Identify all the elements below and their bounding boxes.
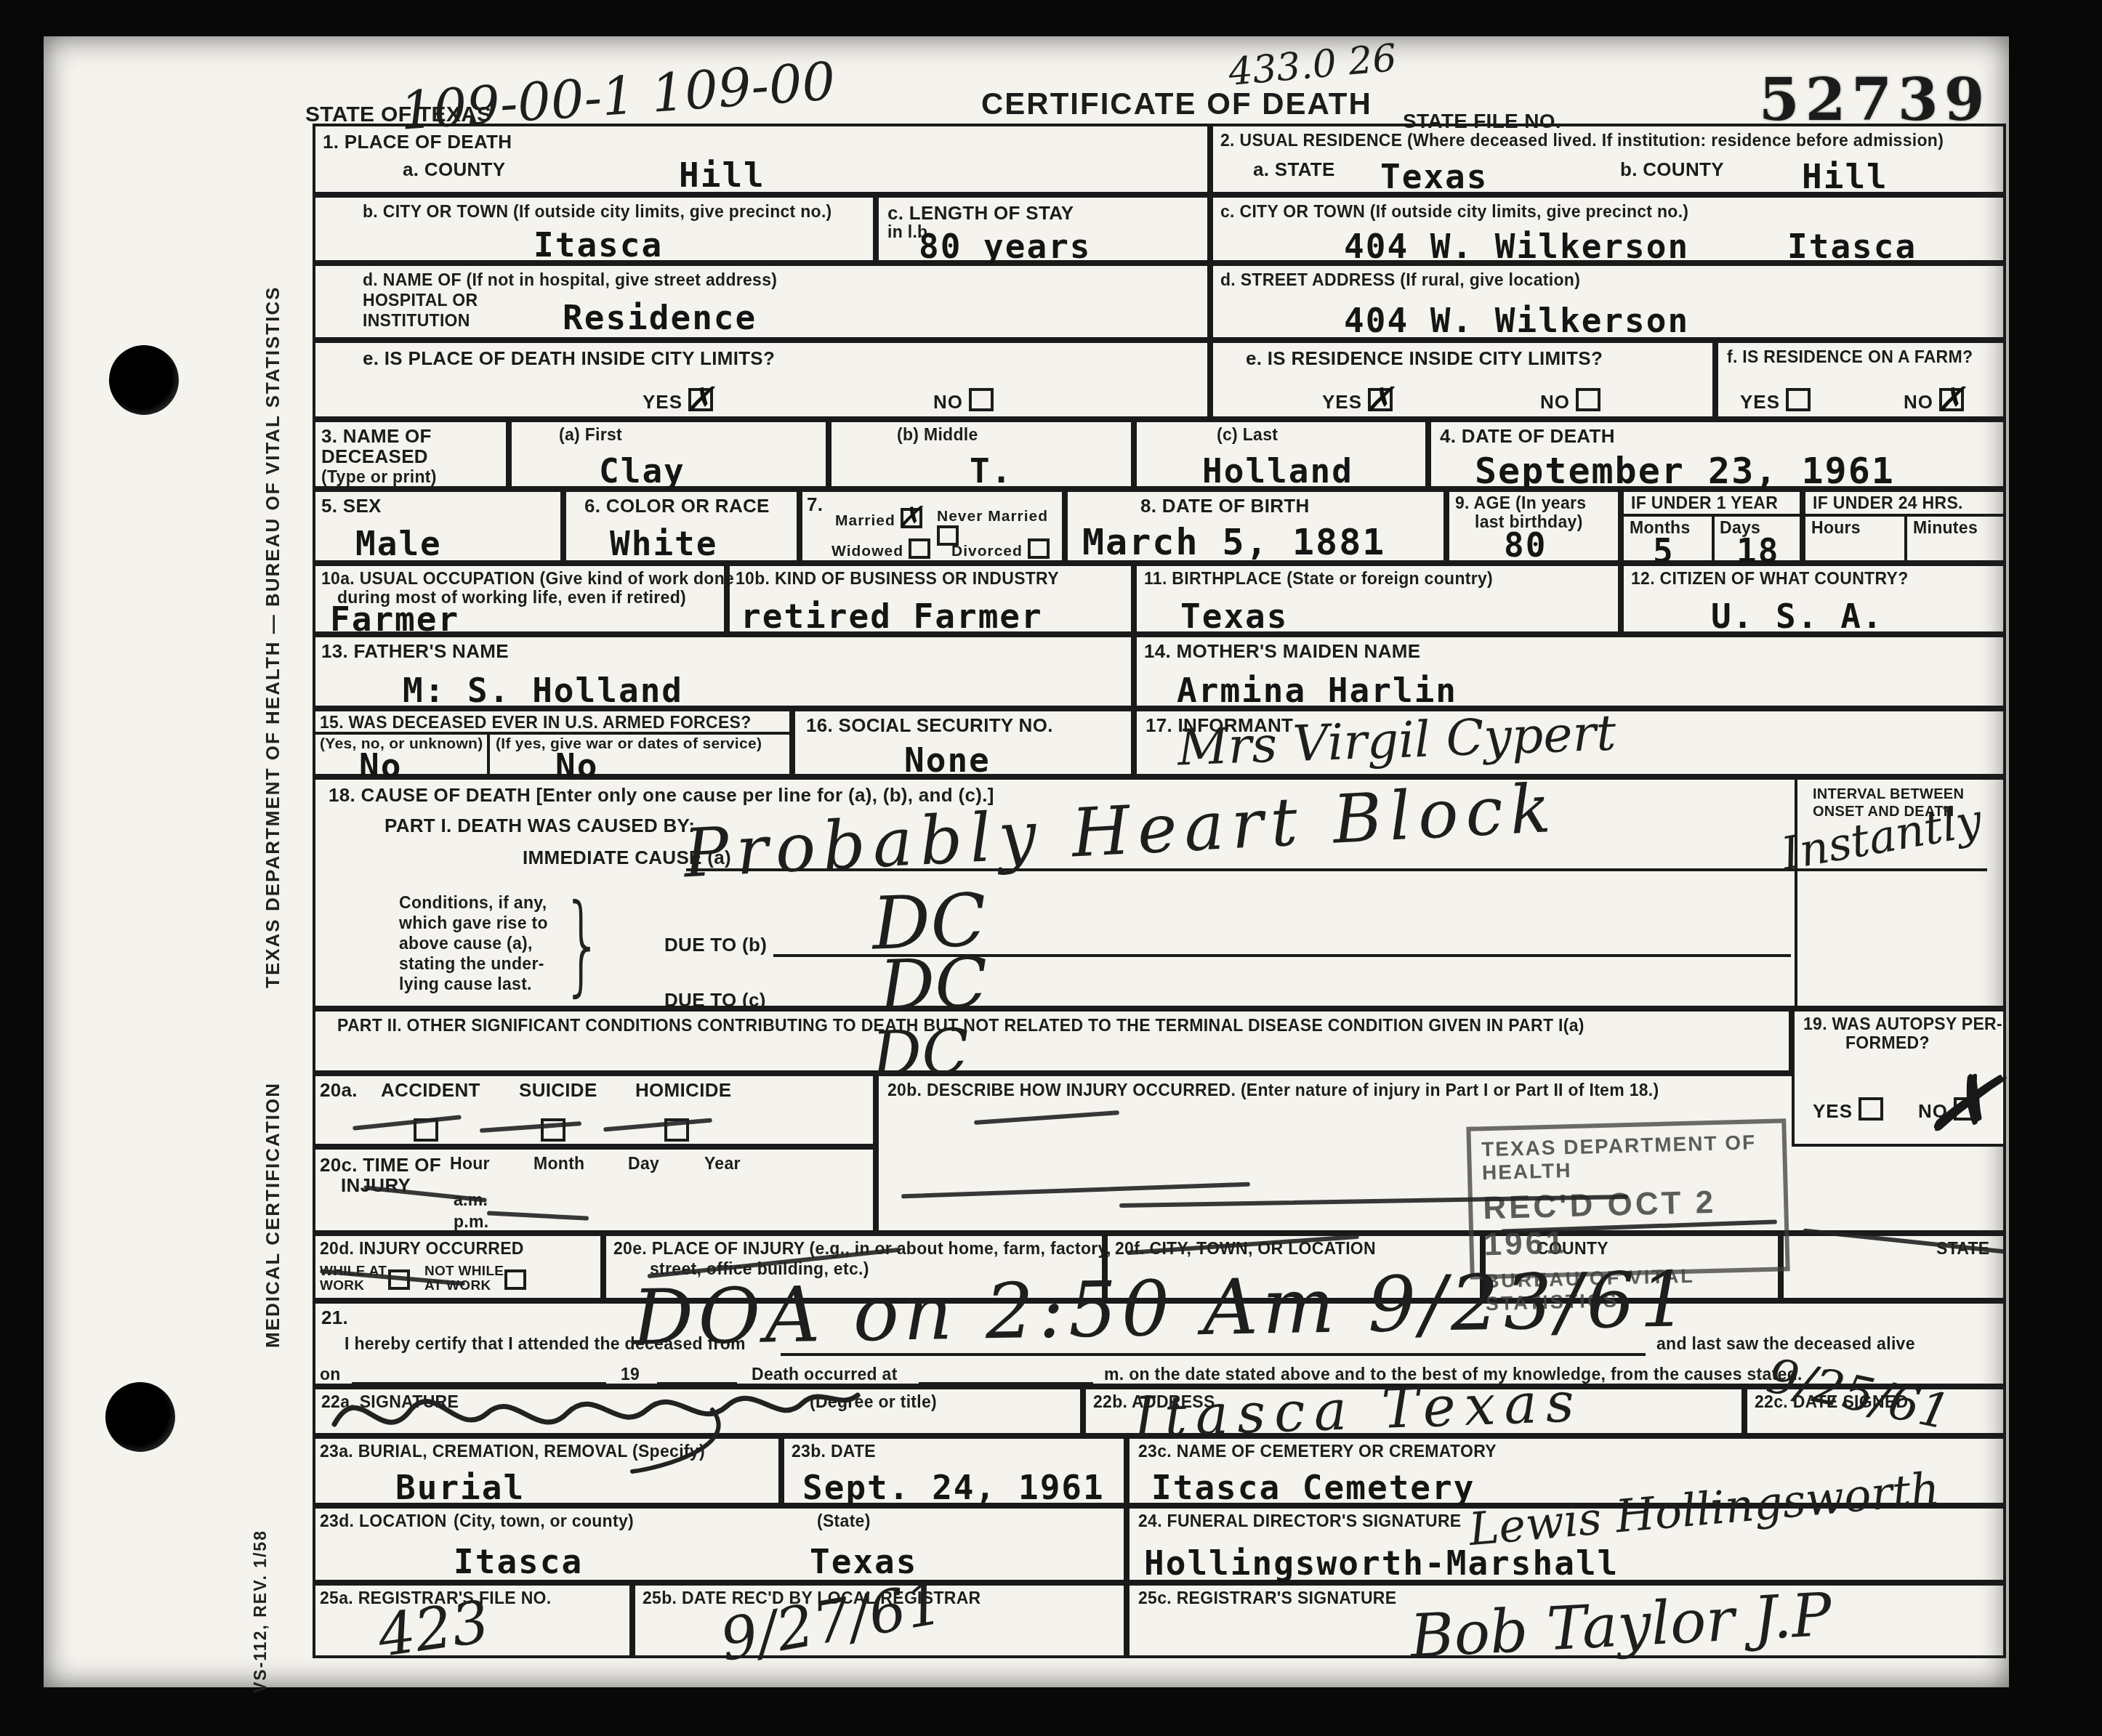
if-under-24-hrs-cell: IF UNDER 24 HRS. Hours Minutes xyxy=(1803,489,2006,563)
first-name-label: (a) First xyxy=(559,425,622,445)
mother-name-cell: 14. MOTHER'S MAIDEN NAME Armina Harlin xyxy=(1134,634,2006,708)
part2-cell: PART II. OTHER SIGNIFICANT CONDITIONS CO… xyxy=(313,1009,1792,1073)
cemetery-value: Itasca Cemetery xyxy=(1151,1471,1475,1504)
married-checkbox: ✗ xyxy=(901,508,922,528)
residence-limits-yes-checkbox: ✗ xyxy=(1368,388,1393,411)
residence-city-label: c. CITY OR TOWN (If outside city limits,… xyxy=(1220,202,1688,222)
marital-married: Married ✗ xyxy=(835,508,922,530)
institution-label2: HOSPITAL OR xyxy=(363,291,478,311)
residence-city-limits-cell: e. IS RESIDENCE INSIDE CITY LIMITS? YES … xyxy=(1210,340,1715,419)
street-address-cell: d. STREET ADDRESS (If rural, give locati… xyxy=(1210,263,2006,340)
date-of-birth-value: March 5, 1881 xyxy=(1082,524,1385,560)
accident-suicide-homicide-cell: 20a. ACCIDENT SUICIDE HOMICIDE xyxy=(313,1073,876,1147)
year-label: Year xyxy=(704,1154,741,1174)
conditions-brace: } xyxy=(562,881,603,1008)
city-or-town-value: Itasca xyxy=(533,228,663,262)
death-limits-yes-checkbox: ✗ xyxy=(688,388,713,411)
citizenship-cell: 12. CITIZEN OF WHAT COUNTRY? U. S. A. xyxy=(1621,563,2006,634)
race-cell: 6. COLOR OR RACE White xyxy=(563,489,800,563)
last-name-cell: (c) Last Holland xyxy=(1134,419,1428,489)
suicide-checkbox xyxy=(541,1118,565,1142)
while-at-label2: WORK xyxy=(320,1278,364,1295)
residence-city-cell: c. CITY OR TOWN (If outside city limits,… xyxy=(1210,195,2006,263)
occupation-value: Farmer xyxy=(330,602,459,636)
stamp-line1: TEXAS DEPARTMENT OF HEALTH xyxy=(1481,1131,1773,1184)
farm-yes: YES xyxy=(1740,388,1811,413)
mother-name-value: Armina Harlin xyxy=(1177,674,1457,707)
divider xyxy=(487,732,490,777)
sex-value: Male xyxy=(355,527,442,560)
autopsy-yes: YES xyxy=(1813,1097,1883,1123)
ssn-value: None xyxy=(904,743,991,777)
residence-farm-label: f. IS RESIDENCE ON A FARM? xyxy=(1727,347,1973,368)
middle-name-label: (b) Middle xyxy=(897,425,978,445)
name-of-deceased-cell: 3. NAME OF DECEASED (Type or print) xyxy=(313,419,509,489)
residence-county-value: Hill xyxy=(1802,160,1888,193)
conditions-line3: above cause (a), xyxy=(399,934,533,954)
industry-value: retired Farmer xyxy=(741,599,1043,633)
residence-state-label: a. STATE xyxy=(1253,158,1335,181)
occupation-cell: 10a. USUAL OCCUPATION (Give kind of work… xyxy=(313,563,727,634)
name-label3: (Type or print) xyxy=(321,467,437,488)
conditions-line4: stating the under- xyxy=(399,954,544,974)
suicide-label: SUICIDE xyxy=(519,1079,597,1102)
last-name-value: Holland xyxy=(1202,454,1353,488)
conditions-line5: lying cause last. xyxy=(399,974,532,995)
conditions-line1: Conditions, if any, xyxy=(399,893,547,913)
occupation-label1: 10a. USUAL OCCUPATION (Give kind of work… xyxy=(321,569,734,589)
institution-label: d. NAME OF (If not in hospital, give str… xyxy=(363,270,777,291)
race-label: 6. COLOR OR RACE xyxy=(584,495,770,517)
burial-location-label: 23d. LOCATION xyxy=(320,1511,447,1532)
date-of-birth-label: 8. DATE OF BIRTH xyxy=(1140,495,1310,517)
usual-residence-label: 2. USUAL RESIDENCE (Where deceased lived… xyxy=(1220,131,1944,151)
residence-limits-yes: YES ✗ xyxy=(1322,388,1393,413)
place-of-death-label: 1. PLACE OF DEATH xyxy=(323,131,512,153)
father-name-label: 13. FATHER'S NAME xyxy=(321,640,509,663)
county-label: a. COUNTY xyxy=(403,158,505,181)
time-of-injury-label1: 20c. TIME OF xyxy=(320,1154,441,1176)
age-label1: 9. AGE (In years xyxy=(1455,493,1586,514)
first-name-value: Clay xyxy=(599,454,685,488)
check-mark: ✗ xyxy=(685,379,714,419)
marital-status-cell: 7. Married ✗ Never Married Widowed Divor… xyxy=(800,489,1065,563)
certificate-title: CERTIFICATE OF DEATH xyxy=(981,86,1372,122)
death-certificate-scan: TEXAS DEPARTMENT OF HEALTH — BUREAU OF V… xyxy=(0,0,2102,1736)
residence-limits-no-checkbox xyxy=(1576,388,1600,411)
ssn-label: 16. SOCIAL SECURITY NO. xyxy=(806,714,1053,737)
name-label1: 3. NAME OF xyxy=(321,425,432,448)
county-value: Hill xyxy=(679,158,765,192)
sidebar-department-text: TEXAS DEPARTMENT OF HEALTH — BUREAU OF V… xyxy=(262,218,284,988)
conditions-line2: which gave rise to xyxy=(399,913,548,934)
injury-occurred-cell: 20d. INJURY OCCURRED WHILE AT WORK NOT W… xyxy=(313,1233,603,1301)
father-name-value: M: S. Holland xyxy=(403,674,683,707)
residence-farm-cell: f. IS RESIDENCE ON A FARM? YES NO ✗ xyxy=(1715,340,2006,419)
race-value: White xyxy=(610,527,717,560)
autopsy-label1: 19. WAS AUTOPSY PER- xyxy=(1803,1014,2002,1035)
armed-forces-cell: 15. WAS DECEASED EVER IN U.S. ARMED FORC… xyxy=(313,708,792,777)
check-mark: ✗ xyxy=(1365,379,1394,419)
middle-name-value: T. xyxy=(970,454,1012,488)
age-value: 80 xyxy=(1504,528,1547,562)
form-number: VS-112, REV. 1/58 xyxy=(251,1511,270,1693)
residence-city-limits-label: e. IS RESIDENCE INSIDE CITY LIMITS? xyxy=(1246,347,1603,370)
institution-cell: d. NAME OF (If not in hospital, give str… xyxy=(313,263,1210,340)
sidebar-medical-certification-text: MEDICAL CERTIFICATION xyxy=(262,1014,284,1348)
due-to-c-handwritten: DC xyxy=(878,942,989,1026)
marital-widowed: Widowed xyxy=(831,538,930,560)
certification-num: 21. xyxy=(321,1307,348,1329)
hours-label: Hours xyxy=(1811,518,1861,538)
pm-label: p.m. xyxy=(454,1212,488,1232)
under-24-hrs-label: IF UNDER 24 HRS. xyxy=(1813,493,1963,514)
injury-a-num: 20a. xyxy=(320,1079,358,1102)
check-mark: ✗ xyxy=(1936,379,1965,419)
farm-no: NO ✗ xyxy=(1904,388,1964,413)
widowed-checkbox xyxy=(909,538,930,559)
ssn-cell: 16. SOCIAL SECURITY NO. None xyxy=(792,708,1134,777)
divider xyxy=(1904,514,1907,563)
certification-handwritten: DOA on 2:50 Am 9/23/61 xyxy=(632,1255,1693,1362)
residence-city-value: 404 W. Wilkerson xyxy=(1344,230,1689,263)
burial-city-value: Itasca xyxy=(454,1545,583,1578)
place-of-death-section: 1. PLACE OF DEATH a. COUNTY Hill xyxy=(313,124,1210,195)
sex-label: 5. SEX xyxy=(321,495,382,517)
registrar-signature-label: 25c. REGISTRAR'S SIGNATURE xyxy=(1138,1588,1396,1609)
day-label: Day xyxy=(628,1154,659,1174)
father-name-cell: 13. FATHER'S NAME M: S. Holland xyxy=(313,634,1134,708)
armed-forces-label: 15. WAS DECEASED EVER IN U.S. ARMED FORC… xyxy=(320,713,752,733)
describe-injury-label: 20b. DESCRIBE HOW INJURY OCCURRED. (Ente… xyxy=(887,1081,1659,1101)
length-of-stay-label: c. LENGTH OF STAY xyxy=(887,202,1074,225)
armed-forces-sub2: (If yes, give war or dates of service) xyxy=(496,735,762,753)
death-city-limits-cell: e. IS PLACE OF DEATH INSIDE CITY LIMITS?… xyxy=(313,340,1210,419)
divider xyxy=(1712,514,1715,563)
injury-state-cell: STATE xyxy=(1781,1233,2006,1301)
autopsy-no-mark: ✗ xyxy=(1920,1049,2006,1160)
institution-value: Residence xyxy=(563,301,757,334)
birthplace-value: Texas xyxy=(1180,599,1288,633)
homicide-label: HOMICIDE xyxy=(635,1079,731,1102)
street-address-label: d. STREET ADDRESS (If rural, give locati… xyxy=(1220,270,1580,291)
autopsy-label2: FORMED? xyxy=(1845,1033,1930,1054)
institution-label3: INSTITUTION xyxy=(363,311,470,331)
middle-name-cell: (b) Middle T. xyxy=(829,419,1134,489)
first-name-cell: (a) First Clay xyxy=(509,419,829,489)
residence-limits-no: NO xyxy=(1540,388,1600,413)
certification-blank4 xyxy=(919,1382,1093,1385)
certificate-paper: TEXAS DEPARTMENT OF HEALTH — BUREAU OF V… xyxy=(44,36,2009,1687)
date-of-birth-cell: 8. DATE OF BIRTH March 5, 1881 xyxy=(1065,489,1446,563)
name-label2: DECEASED xyxy=(321,445,428,468)
burial-city-sub: (City, town, or county) xyxy=(454,1511,634,1532)
physician-signature xyxy=(320,1359,872,1475)
burial-location-cell: 23d. LOCATION (City, town, or county) (S… xyxy=(313,1506,1127,1583)
check-mark: ✗ xyxy=(898,501,923,534)
marital-divorced: Divorced xyxy=(951,538,1050,560)
usual-residence-section: 2. USUAL RESIDENCE (Where deceased lived… xyxy=(1210,124,2006,195)
under-1-year-label: IF UNDER 1 YEAR xyxy=(1631,493,1778,514)
if-under-1-year-cell: IF UNDER 1 YEAR Months 5 Days 18 xyxy=(1621,489,1803,563)
last-name-label: (c) Last xyxy=(1217,425,1278,445)
marital-label: 7. xyxy=(807,493,823,516)
not-while-at-work-checkbox xyxy=(504,1269,526,1290)
farm-no-checkbox: ✗ xyxy=(1939,388,1964,411)
city-or-town-label: b. CITY OR TOWN (If outside city limits,… xyxy=(363,202,832,222)
punch-hole-bottom xyxy=(105,1382,175,1452)
sex-cell: 5. SEX Male xyxy=(313,489,563,563)
city-or-town-cell: b. CITY OR TOWN (If outside city limits,… xyxy=(313,195,876,263)
date-of-death-value: September 23, 1961 xyxy=(1475,453,1895,489)
due-to-b-label: DUE TO (b) xyxy=(664,934,767,956)
length-of-stay-cell: c. LENGTH OF STAY in l.b. 80 years xyxy=(876,195,1210,263)
birthplace-cell: 11. BIRTHPLACE (State or foreign country… xyxy=(1134,563,1621,634)
divorced-checkbox xyxy=(1028,538,1050,559)
death-limits-no-checkbox xyxy=(969,388,994,411)
interval-column-divider xyxy=(1795,780,1797,1012)
death-city-limits-label: e. IS PLACE OF DEATH INSIDE CITY LIMITS? xyxy=(363,347,775,370)
minutes-label: Minutes xyxy=(1913,518,1978,538)
death-limits-yes: YES ✗ xyxy=(643,388,713,413)
burial-state-value: Texas xyxy=(810,1545,917,1578)
length-of-stay-value: 80 years xyxy=(919,230,1092,263)
injury-occurred-label: 20d. INJURY OCCURRED xyxy=(320,1239,524,1259)
punch-hole-top xyxy=(109,345,179,415)
part2-handwritten: DC xyxy=(871,1016,970,1091)
farm-yes-checkbox xyxy=(1786,388,1811,411)
date-of-death-cell: 4. DATE OF DEATH September 23, 1961 xyxy=(1428,419,2006,489)
burial-date-value: Sept. 24, 1961 xyxy=(802,1471,1105,1504)
funeral-director-label: 24. FUNERAL DIRECTOR'S SIGNATURE xyxy=(1138,1511,1461,1532)
citizenship-label: 12. CITIZEN OF WHAT COUNTRY? xyxy=(1631,569,1909,589)
date-of-death-label: 4. DATE OF DEATH xyxy=(1440,425,1615,448)
burial-state-sub: (State) xyxy=(817,1511,871,1532)
cause-part1-label: PART I. DEATH WAS CAUSED BY: xyxy=(384,815,695,837)
mother-name-label: 14. MOTHER'S MAIDEN NAME xyxy=(1144,640,1420,663)
death-limits-no: NO xyxy=(933,388,994,413)
street-address-value: 404 W. Wilkerson xyxy=(1344,304,1689,337)
birthplace-label: 11. BIRTHPLACE (State or foreign country… xyxy=(1144,569,1493,589)
autopsy-yes-checkbox xyxy=(1859,1097,1883,1121)
hour-label: Hour xyxy=(450,1154,490,1174)
funeral-director-name: Hollingsworth-Marshall xyxy=(1144,1546,1619,1580)
industry-label: 10b. KIND OF BUSINESS OR INDUSTRY xyxy=(736,569,1059,589)
month-label: Month xyxy=(533,1154,584,1174)
burial-type-value: Burial xyxy=(395,1471,525,1504)
citizenship-value: U. S. A. xyxy=(1711,599,1884,633)
handwritten-code: 433.0 26 xyxy=(1227,36,1398,94)
residence-state-value: Texas xyxy=(1380,160,1488,193)
residence-county-label: b. COUNTY xyxy=(1620,158,1724,181)
accident-label: ACCIDENT xyxy=(381,1079,480,1102)
residence-city-value2: Itasca xyxy=(1787,230,1917,263)
industry-cell: 10b. KIND OF BUSINESS OR INDUSTRY retire… xyxy=(727,563,1134,634)
age-cell: 9. AGE (In years last birthday) 80 xyxy=(1446,489,1621,563)
place-of-injury-label1: 20e. PLACE OF INJURY (e.g., in or about … xyxy=(613,1239,1111,1259)
